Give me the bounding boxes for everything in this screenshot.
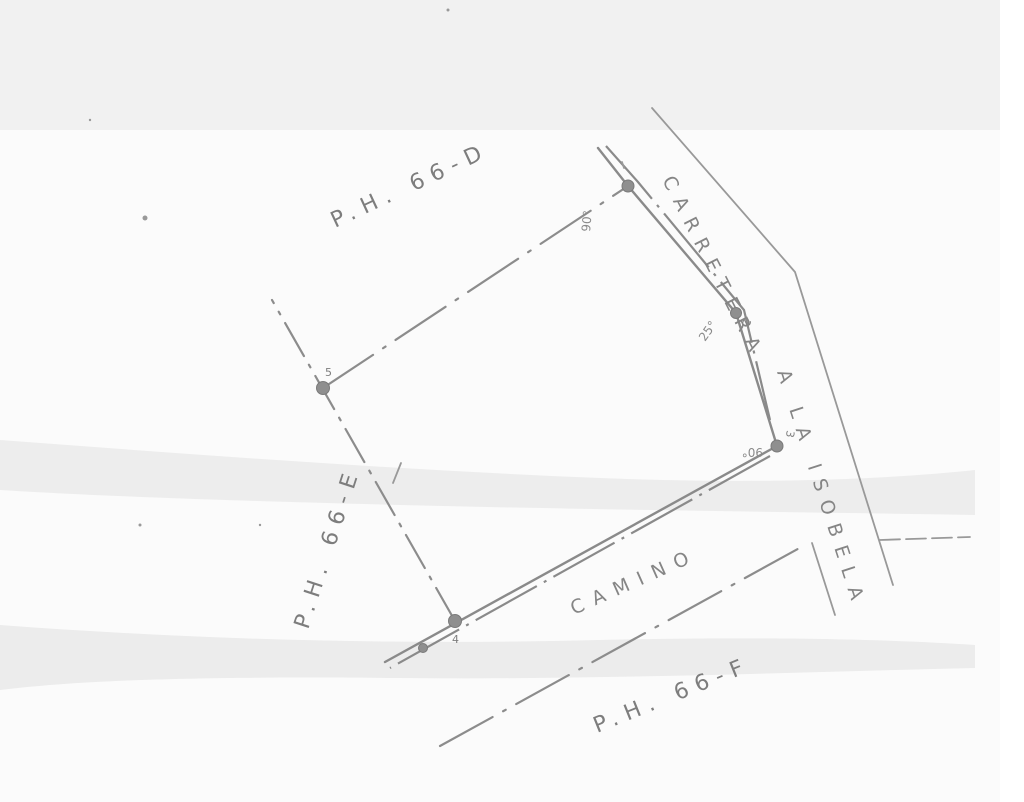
speck [259,524,261,526]
scan-grain-top [0,0,1000,130]
speck [143,216,148,221]
survey-plat: 2 3 4 5 90° 25° 90° P.H. 66-D P.H. 66-E … [0,0,1024,802]
speck [139,524,142,527]
angle-label-point-1: 90° [579,210,595,232]
angle-label-point-3: 90° [742,445,763,459]
scan-edge-right [1000,0,1024,802]
speck [89,119,91,121]
point-1 [622,180,634,192]
speck [447,9,450,12]
point-4-label: 4 [452,633,459,646]
point-5-label: 5 [325,366,332,379]
